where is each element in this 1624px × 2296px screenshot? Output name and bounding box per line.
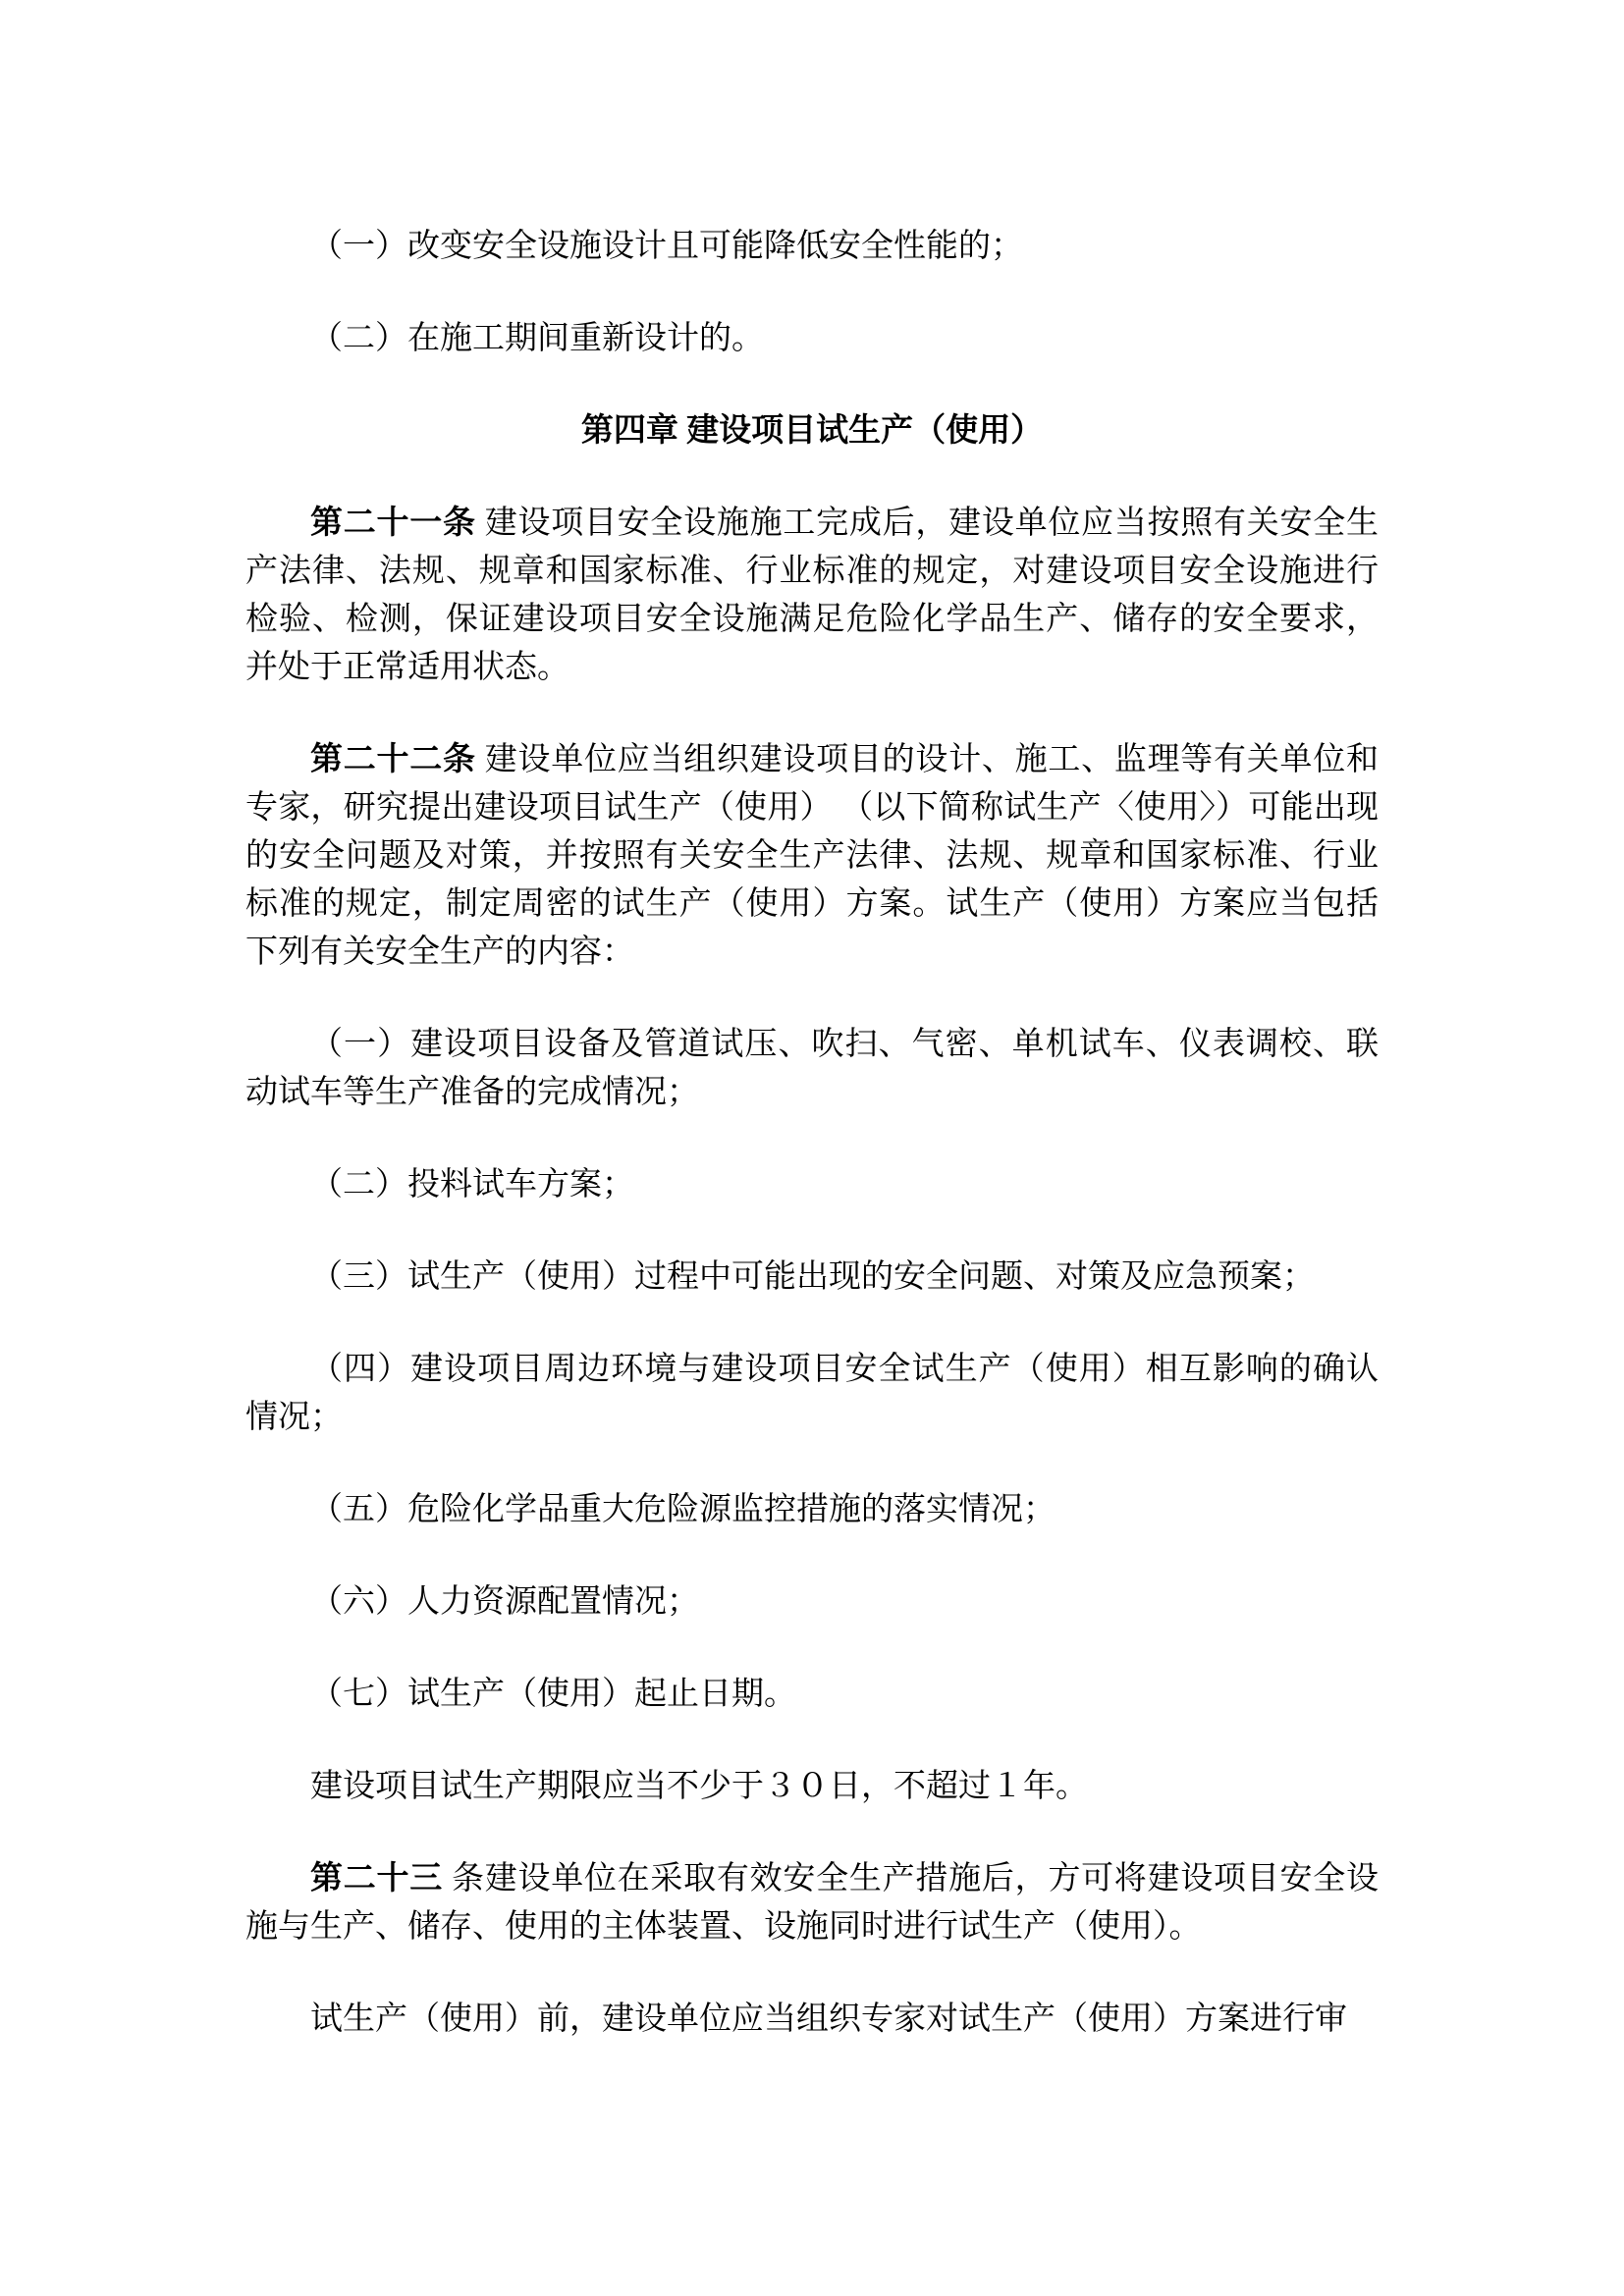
plan-item-5: （五）危险化学品重大危险源监控措施的落实情况；: [245, 1486, 1379, 1534]
document-page: （一）改变安全设施设计且可能降低安全性能的； （二）在施工期间重新设计的。 第四…: [0, 0, 1624, 2296]
plan-item-2: （二）投料试车方案；: [245, 1161, 1379, 1209]
paragraph-text: 试生产（使用）前，建设单位应当组织专家对试生产（使用）方案进行审: [310, 2002, 1347, 2037]
article-21-number: 第二十一条: [310, 506, 476, 541]
paragraph-text: （四）建设项目周边环境与建设项目安全试生产（使用）相互影响的确认情况；: [245, 1352, 1379, 1435]
paragraph-text: （一）建设项目设备及管道试压、吹扫、气密、单机试车、仪表调校、联动试车等生产准备…: [245, 1027, 1379, 1110]
article-22-number: 第二十二条: [310, 742, 476, 777]
paragraph-text: 建设项目试生产期限应当不少于３０日，不超过１年。: [310, 1769, 1088, 1804]
article-23-number: 第二十三: [310, 1861, 443, 1896]
plan-item-7: （七）试生产（使用）起止日期。: [245, 1671, 1379, 1719]
plan-item-3: （三）试生产（使用）过程中可能出现的安全问题、对策及应急预案；: [245, 1254, 1379, 1302]
plan-item-1: （一）建设项目设备及管道试压、吹扫、气密、单机试车、仪表调校、联动试车等生产准备…: [245, 1021, 1379, 1117]
plan-item-6: （六）人力资源配置情况；: [245, 1578, 1379, 1627]
condition-item-2: （二）在施工期间重新设计的。: [245, 315, 1379, 363]
trial-period-paragraph: 建设项目试生产期限应当不少于３０日，不超过１年。: [245, 1763, 1379, 1811]
paragraph-text: （三）试生产（使用）过程中可能出现的安全问题、对策及应急预案；: [310, 1259, 1315, 1295]
expert-review-paragraph: 试生产（使用）前，建设单位应当组织专家对试生产（使用）方案进行审: [245, 1996, 1379, 2044]
plan-item-4: （四）建设项目周边环境与建设项目安全试生产（使用）相互影响的确认情况；: [245, 1346, 1379, 1442]
article-21-paragraph: 第二十一条 建设项目安全设施施工完成后，建设单位应当按照有关安全生产法律、法规、…: [245, 500, 1379, 692]
paragraph-text: （七）试生产（使用）起止日期。: [310, 1677, 796, 1712]
paragraph-text: （六）人力资源配置情况；: [310, 1584, 699, 1620]
condition-item-1: （一）改变安全设施设计且可能降低安全性能的；: [245, 223, 1379, 271]
paragraph-text: （二）在施工期间重新设计的。: [310, 321, 764, 356]
paragraph-text: （一）改变安全设施设计且可能降低安全性能的；: [310, 229, 1023, 264]
document-body: （一）改变安全设施设计且可能降低安全性能的； （二）在施工期间重新设计的。 第四…: [245, 223, 1379, 2088]
chapter-heading: 第四章 建设项目试生产（使用）: [245, 407, 1379, 455]
paragraph-text: （五）危险化学品重大危险源监控措施的落实情况；: [310, 1492, 1056, 1527]
article-22-paragraph: 第二十二条 建设单位应当组织建设项目的设计、施工、监理等有关单位和专家，研究提出…: [245, 736, 1379, 977]
paragraph-text: （二）投料试车方案；: [310, 1167, 634, 1202]
article-23-paragraph: 第二十三 条建设单位在采取有效安全生产措施后，方可将建设项目安全设施与生产、储存…: [245, 1855, 1379, 1951]
